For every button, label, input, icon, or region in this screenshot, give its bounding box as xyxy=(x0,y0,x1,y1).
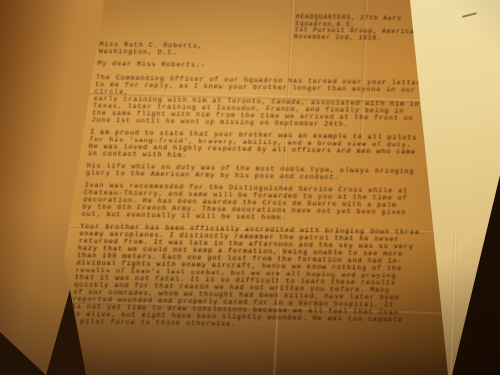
body-paragraph: Your brother has been officially accredi… xyxy=(70,223,435,332)
body-paragraph: I am proud to state that your brother wa… xyxy=(88,129,443,164)
second-page-fold-crease xyxy=(449,220,458,375)
photo-of-letter: HEADQUARTERS, 27th Aero Squadron,A.S. 1s… xyxy=(0,0,500,375)
body-paragraph: Ivan was recommended for the Distinguish… xyxy=(81,182,438,224)
letter-body: The Commanding Officer of our Squadron h… xyxy=(70,74,447,331)
body-paragraph: The Commanding Officer of our Squadron h… xyxy=(91,74,446,130)
body-paragraph: His life while on duty was of the most n… xyxy=(86,163,440,184)
recipient-address: Miss Ruth C. Roberts, Washington, D.C. xyxy=(98,41,449,61)
salutation-line: My dear Miss Roberts:- xyxy=(97,60,447,73)
paper-scratch-mark xyxy=(462,12,477,18)
typewritten-text: HEADQUARTERS, 27th Aero Squadron,A.S. 1s… xyxy=(69,11,451,337)
